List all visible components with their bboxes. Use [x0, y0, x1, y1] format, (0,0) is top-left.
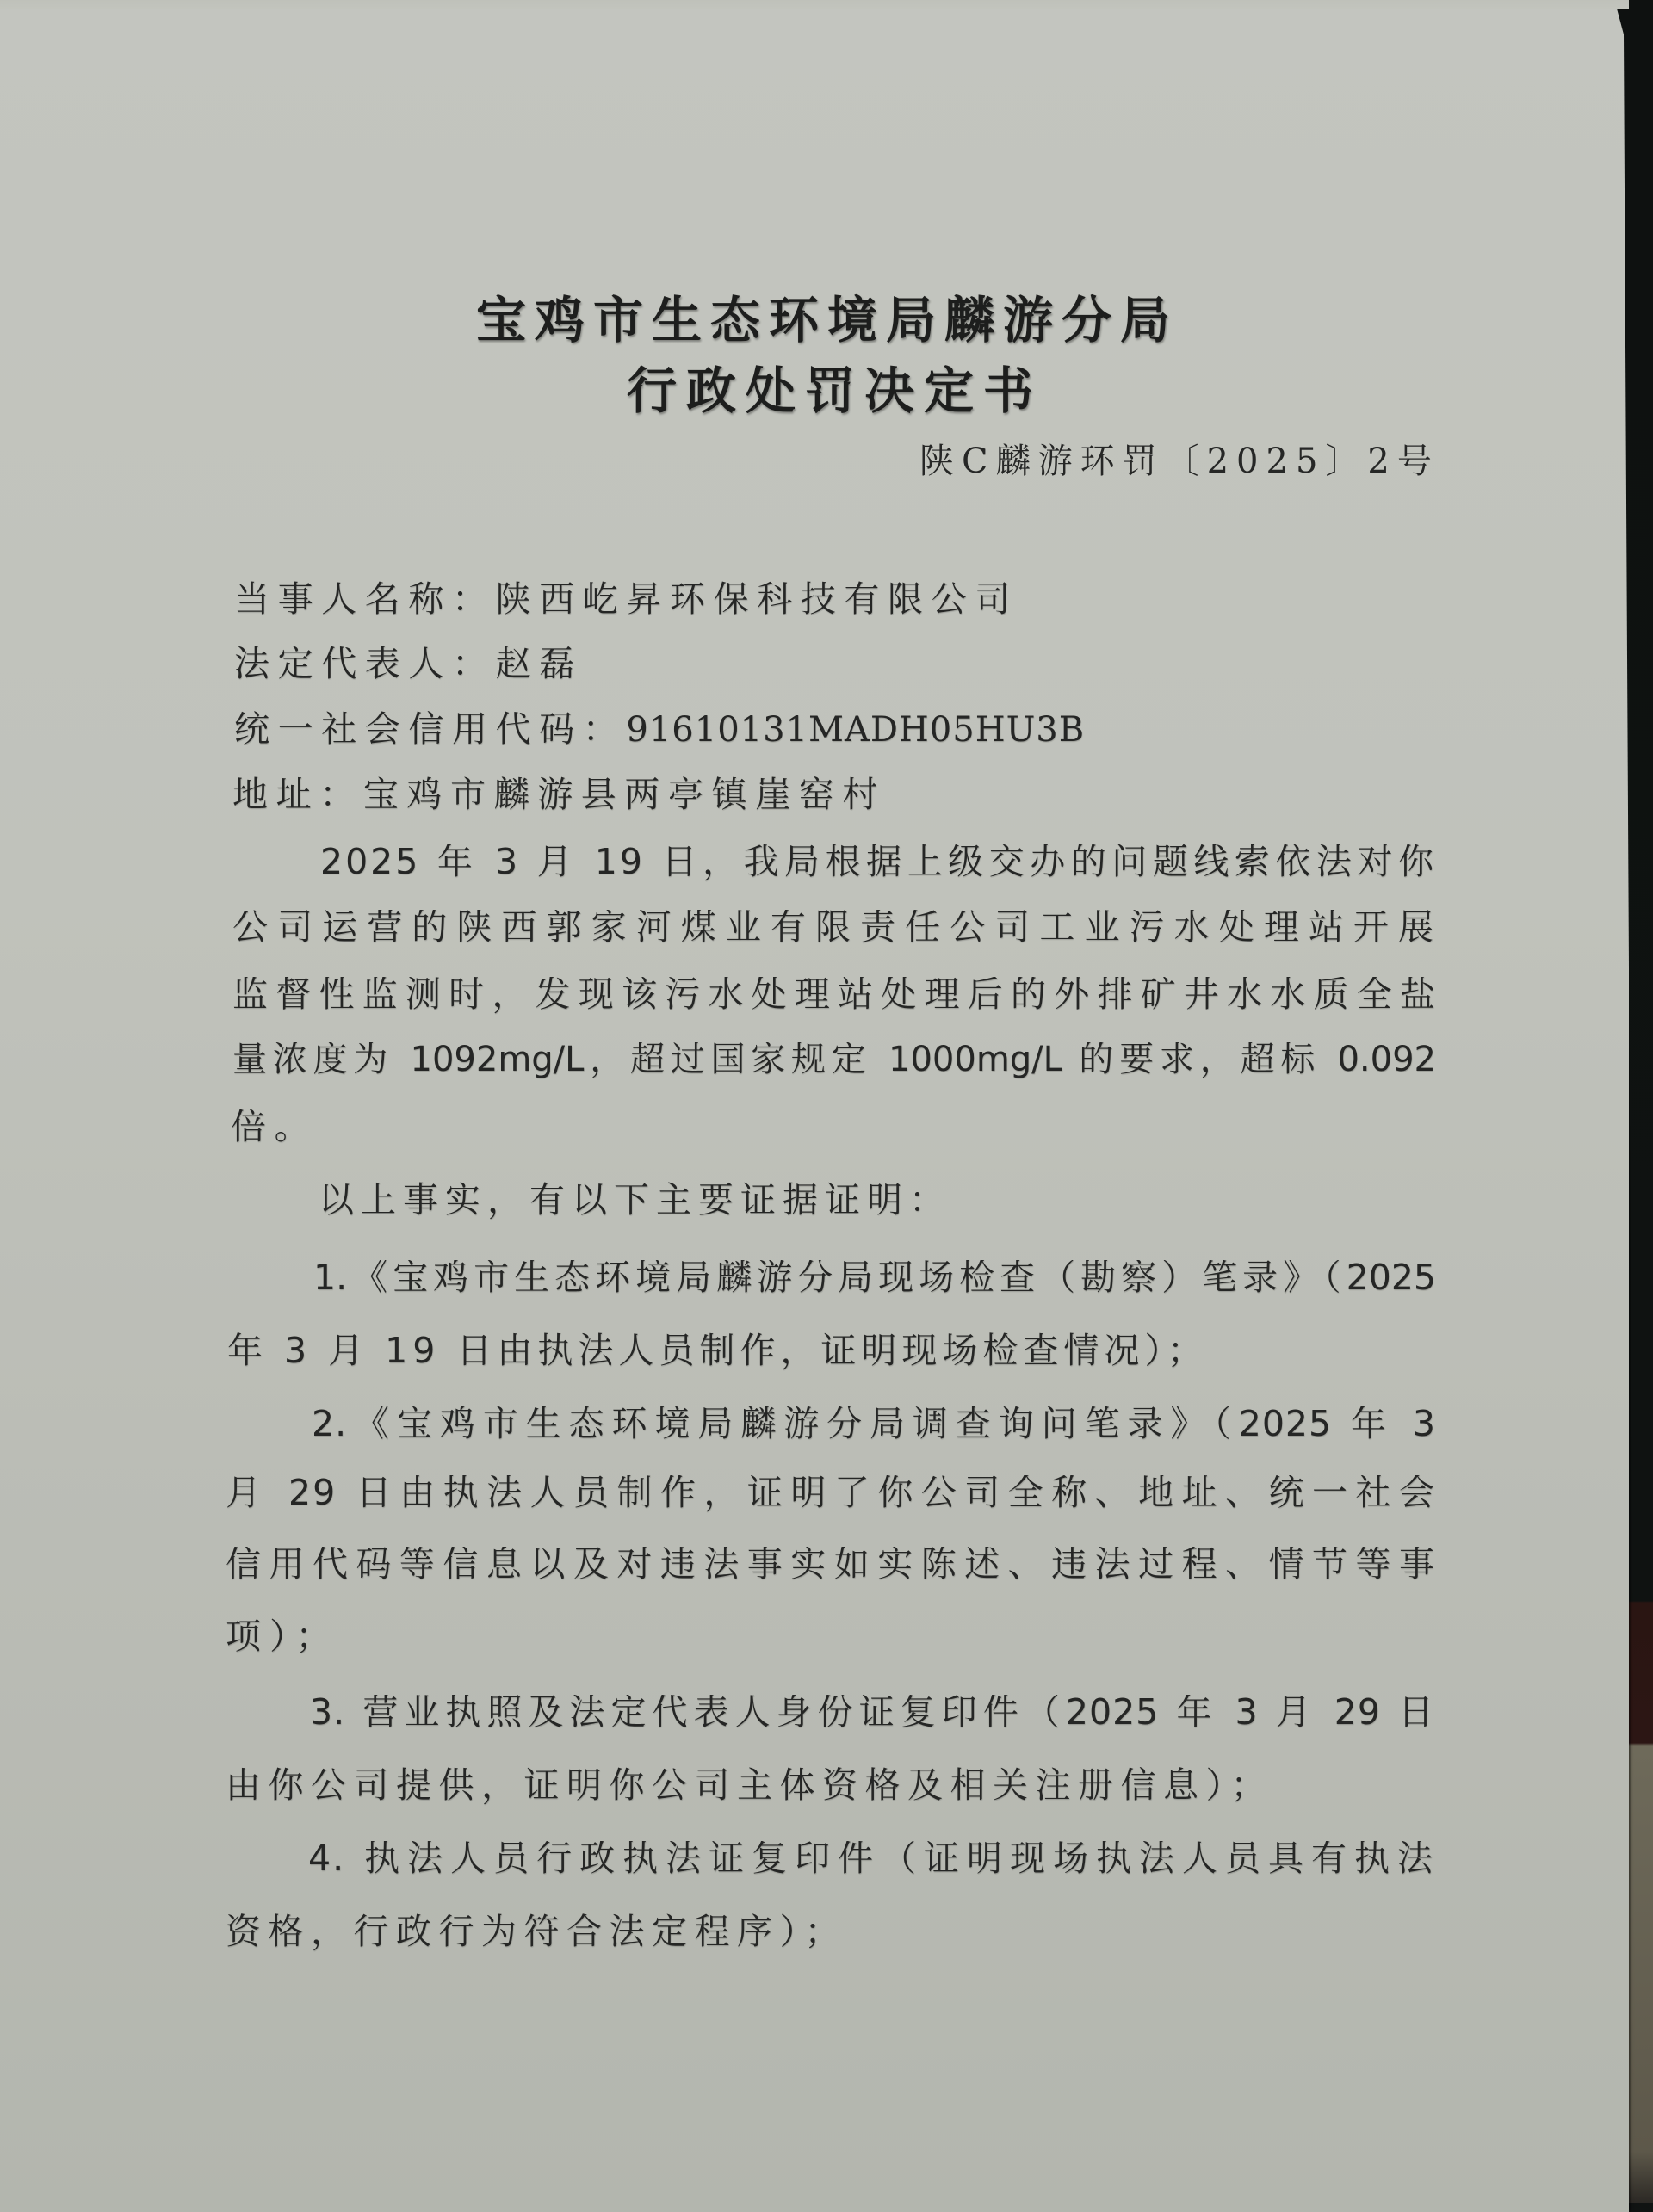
- legal-rep-value: 赵磊: [496, 643, 583, 684]
- evidence-item-2-line-1: 2.《宝鸡市生态环境局麟游分局调查询问笔录》（2025 年 3: [312, 1406, 1436, 1449]
- document-title-type: 行政处罚决定书: [627, 366, 1043, 416]
- party-name-value: 陕西屹昇环保科技有限公司: [496, 578, 1018, 620]
- evidence-item-4-line-1: 4. 执法人员行政执法证复印件（证明现场执法人员具有执法: [308, 1841, 1434, 1884]
- address-row: 地址：宝鸡市麟游县两亭镇崖窑村: [232, 777, 886, 813]
- credit-code-row: 统一社会信用代码：91610131MADH05HU3B: [234, 712, 1085, 747]
- credit-code-label: 统一社会信用代码：: [234, 708, 626, 750]
- facts-line-1: 2025 年 3 月 19 日，我局根据上级交办的问题线索依法对你: [320, 844, 1436, 887]
- credit-code-value: 91610131MADH05HU3B: [626, 710, 1085, 750]
- address-value: 宝鸡市麟游县两亭镇崖窑村: [363, 774, 886, 815]
- evidence-item-4-line-2: 资格，行政行为符合法定程序）；: [226, 1914, 847, 1949]
- facts-line-3: 监督性监测时，发现该污水处理站处理后的外排矿井水水质全盐: [232, 977, 1436, 1020]
- penalty-decision-document: 宝鸡市生态环境局麟游分局 行政处罚决定书 陕C麟游环罚〔2025〕2号 当事人名…: [0, 0, 1653, 2203]
- facts-line-4: 量浓度为 1092mg/L，超过国家规定 1000mg/L 的要求，超标 0.0…: [232, 1042, 1436, 1085]
- facts-line-5: 倍。: [231, 1109, 318, 1145]
- evidence-item-2-line-2: 月 29 日由执法人员制作，证明了你公司全称、地址、统一社会: [226, 1475, 1436, 1518]
- address-label: 地址：: [232, 774, 363, 815]
- party-name-row: 当事人名称：陕西屹昇环保科技有限公司: [234, 582, 1018, 617]
- facts-line-2: 公司运营的陕西郭家河煤业有限责任公司工业污水处理站开展: [232, 910, 1436, 953]
- evidence-item-2-line-4: 项）；: [226, 1619, 340, 1654]
- document-number: 陕C麟游环罚〔2025〕2号: [919, 444, 1439, 479]
- party-name-label: 当事人名称：: [234, 578, 496, 620]
- legal-rep-row: 法定代表人：赵磊: [234, 646, 583, 682]
- evidence-intro: 以上事实，有以下主要证据证明：: [319, 1183, 951, 1218]
- evidence-item-1-line-1: 1.《宝鸡市生态环境局麟游分局现场检查（勘察）笔录》（2025: [313, 1260, 1436, 1303]
- evidence-item-2-line-3: 信用代码等信息以及对违法事实如实陈述、违法过程、情节等事: [226, 1547, 1436, 1590]
- evidence-item-3-line-2: 由你公司提供，证明你公司主体资格及相关注册信息）；: [226, 1768, 1273, 1803]
- legal-rep-label: 法定代表人：: [234, 643, 496, 684]
- evidence-item-3-line-1: 3. 营业执照及法定代表人身份证复印件（2025 年 3 月 29 日: [310, 1695, 1434, 1738]
- document-title-agency: 宝鸡市生态环境局麟游分局: [476, 295, 1179, 345]
- evidence-item-1-line-2: 年 3 月 19 日由执法人员制作，证明现场检查情况）；: [227, 1333, 1208, 1369]
